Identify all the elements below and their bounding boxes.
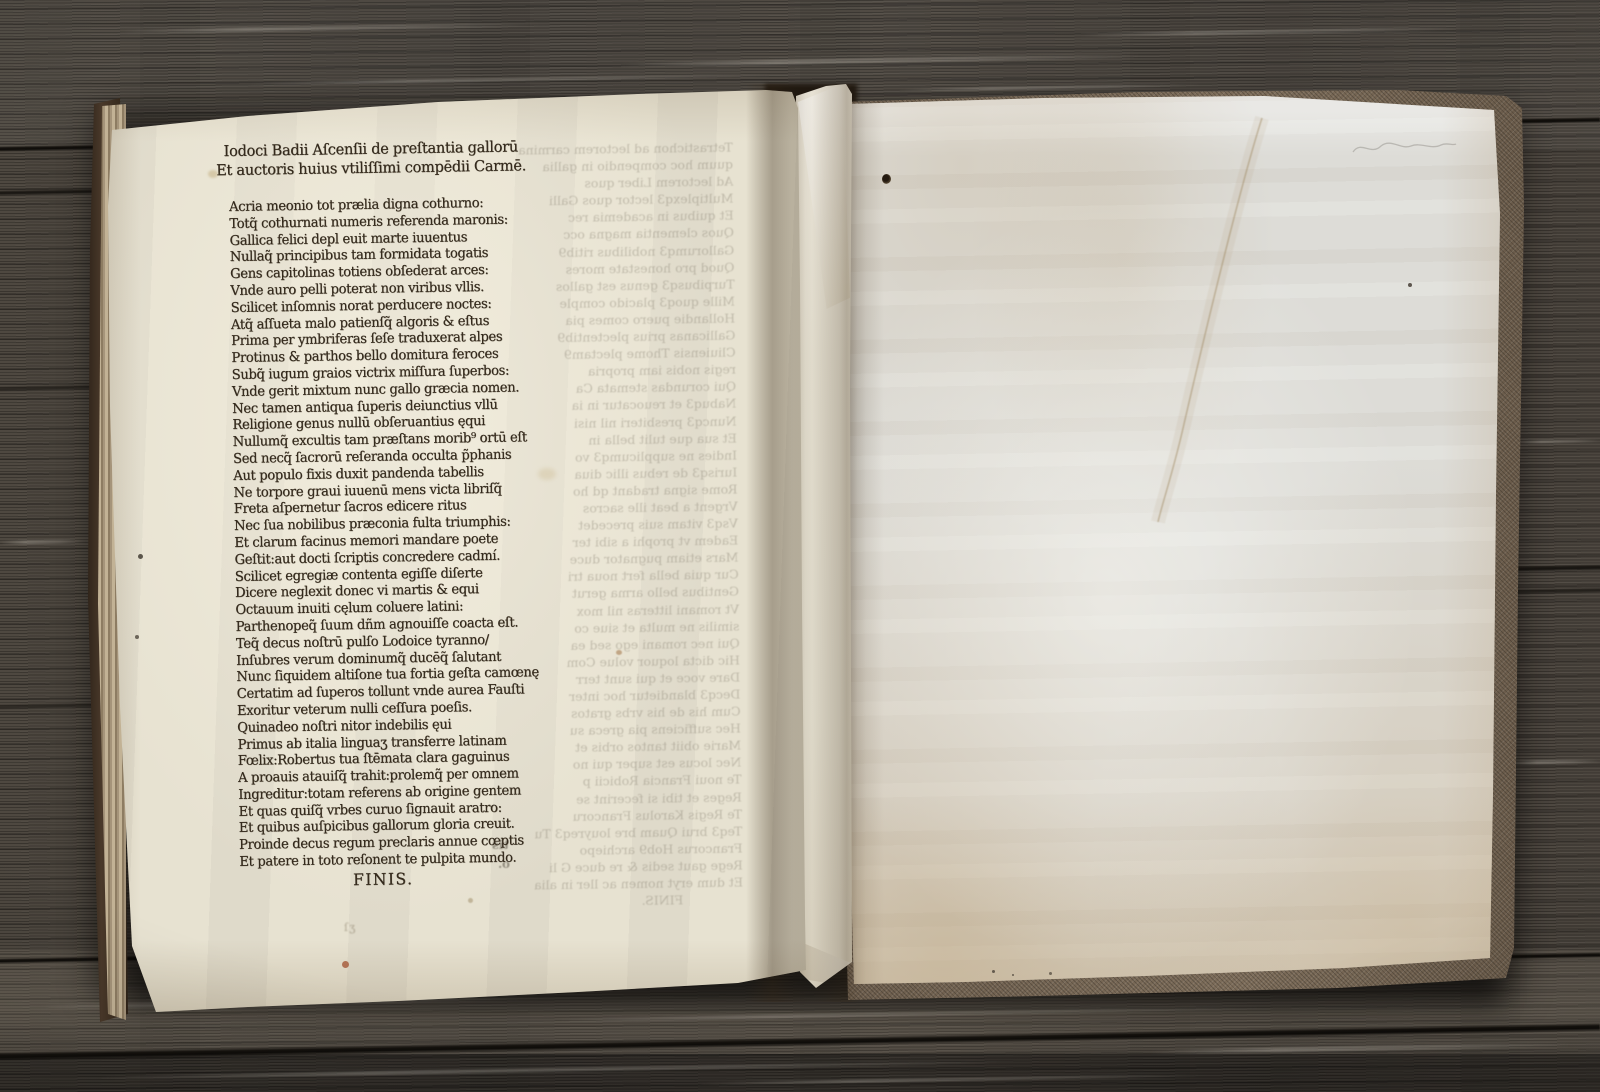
stain-blotch <box>538 468 556 480</box>
ink-speck <box>992 970 995 973</box>
poem: Acria meonio tot prælia digna cothurno:T… <box>229 192 703 871</box>
ink-speck <box>135 635 139 639</box>
foxing-spot <box>208 170 218 178</box>
photo-scene: Tetrastichon ad lectorem carminaquum hoc… <box>0 0 1600 1092</box>
guard-fold-top <box>798 84 850 309</box>
signature-mark: ſʒ <box>344 921 356 934</box>
ink-speck <box>1012 974 1014 976</box>
ink-speck <box>1049 972 1052 975</box>
pencil-squiggle <box>1349 132 1459 160</box>
foxing-spot <box>616 650 622 655</box>
foxing-spot <box>468 898 473 903</box>
foxing-spot <box>342 961 349 968</box>
ghost-text-line: FINIS. <box>533 891 683 910</box>
page-title: Iodoci Badii Aſcenſii de preſtantia gall… <box>177 137 566 180</box>
crease-stain <box>1144 104 1304 544</box>
printed-text-block: Iodoci Badii Aſcenſii de preſtantia gall… <box>226 129 703 891</box>
wormhole <box>882 174 891 184</box>
ink-speck <box>138 554 143 559</box>
right-blank-page <box>844 94 1508 994</box>
ink-speck <box>1408 283 1412 287</box>
left-text-page: Tetrastichon ad lectorem carminaquum hoc… <box>98 86 810 1014</box>
finis-label: FINIS. <box>238 867 529 891</box>
